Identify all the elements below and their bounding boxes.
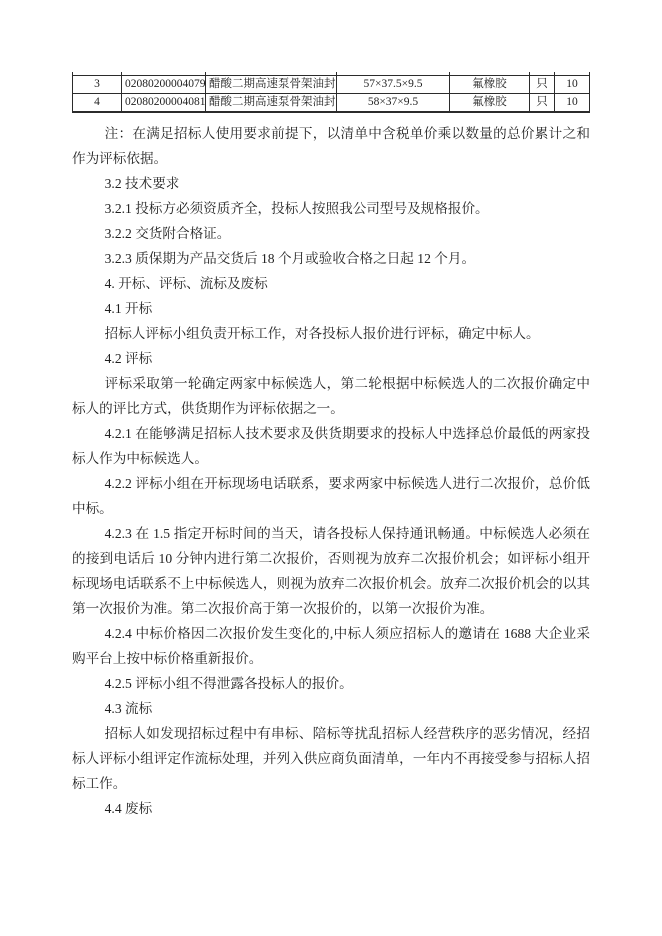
table-row: 4 02080200004081 醋酸二期高速泵骨架油封 58×37×9.5 氟… bbox=[73, 94, 590, 113]
cell-unit: 只 bbox=[530, 76, 555, 94]
cell-code: 02080200004081 bbox=[122, 94, 206, 113]
cell-name: 醋酸二期高速泵骨架油封 bbox=[206, 76, 337, 94]
cell-qty: 10 bbox=[555, 94, 590, 113]
paragraph: 4.2.4 中标价格因二次报价发生变化的,中标人须应招标人的邀请在 1688 大… bbox=[72, 621, 590, 671]
paragraph: 4.2.5 评标小组不得泄露各投标人的报价。 bbox=[72, 671, 590, 696]
document-content: 3 02080200004079 醋酸二期高速泵骨架油封 57×37.5×9.5… bbox=[72, 72, 590, 821]
cell-qty: 10 bbox=[555, 76, 590, 94]
document-page: 3 02080200004079 醋酸二期高速泵骨架油封 57×37.5×9.5… bbox=[0, 0, 662, 936]
paragraph: 4.2 评标 bbox=[72, 346, 590, 371]
cell-seq: 3 bbox=[73, 76, 122, 94]
paragraph: 3.2.2 交货附合格证。 bbox=[72, 221, 590, 246]
cell-spec: 57×37.5×9.5 bbox=[337, 76, 450, 94]
cell-name: 醋酸二期高速泵骨架油封 bbox=[206, 94, 337, 113]
paragraph: 评标采取第一轮确定两家中标候选人，第二轮根据中标候选人的二次报价确定中标人的评比… bbox=[72, 371, 590, 421]
cell-material: 氟橡胶 bbox=[450, 94, 530, 113]
paragraph: 4. 开标、评标、流标及废标 bbox=[72, 271, 590, 296]
paragraph: 招标人如发现招标过程中有串标、陪标等扰乱招标人经营秩序的恶劣情况，经招标人评标小… bbox=[72, 721, 590, 796]
cell-code: 02080200004079 bbox=[122, 76, 206, 94]
paragraph: 3.2.1 投标方必须资质齐全，投标人按照我公司型号及规格报价。 bbox=[72, 196, 590, 221]
spec-table: 3 02080200004079 醋酸二期高速泵骨架油封 57×37.5×9.5… bbox=[72, 72, 590, 113]
paragraph: 4.1 开标 bbox=[72, 296, 590, 321]
cell-spec: 58×37×9.5 bbox=[337, 94, 450, 113]
paragraph: 4.4 废标 bbox=[72, 796, 590, 821]
cell-material: 氟橡胶 bbox=[450, 76, 530, 94]
paragraph: 4.3 流标 bbox=[72, 696, 590, 721]
paragraph: 4.2.3 在 1.5 指定开标时间的当天，请各投标人保持通讯畅通。中标候选人必… bbox=[72, 521, 590, 621]
paragraph: 4.2.2 评标小组在开标现场电话联系，要求两家中标候选人进行二次报价，总价低中… bbox=[72, 471, 590, 521]
paragraph: 3.2.3 质保期为产品交货后 18 个月或验收合格之日起 12 个月。 bbox=[72, 246, 590, 271]
spec-table-body: 3 02080200004079 醋酸二期高速泵骨架油封 57×37.5×9.5… bbox=[73, 72, 590, 112]
paragraph: 4.2.1 在能够满足招标人技术要求及供货期要求的投标人中选择总价最低的两家投标… bbox=[72, 421, 590, 471]
document-paragraphs: 注：在满足招标人使用要求前提下，以清单中含税单价乘以数量的总价累计之和作为评标依… bbox=[72, 121, 590, 821]
cell-seq: 4 bbox=[73, 94, 122, 113]
table-row: 3 02080200004079 醋酸二期高速泵骨架油封 57×37.5×9.5… bbox=[73, 76, 590, 94]
paragraph: 注：在满足招标人使用要求前提下，以清单中含税单价乘以数量的总价累计之和作为评标依… bbox=[72, 121, 590, 171]
paragraph: 招标人评标小组负责开标工作，对各投标人报价进行评标，确定中标人。 bbox=[72, 321, 590, 346]
cell-unit: 只 bbox=[530, 94, 555, 113]
paragraph: 3.2 技术要求 bbox=[72, 171, 590, 196]
